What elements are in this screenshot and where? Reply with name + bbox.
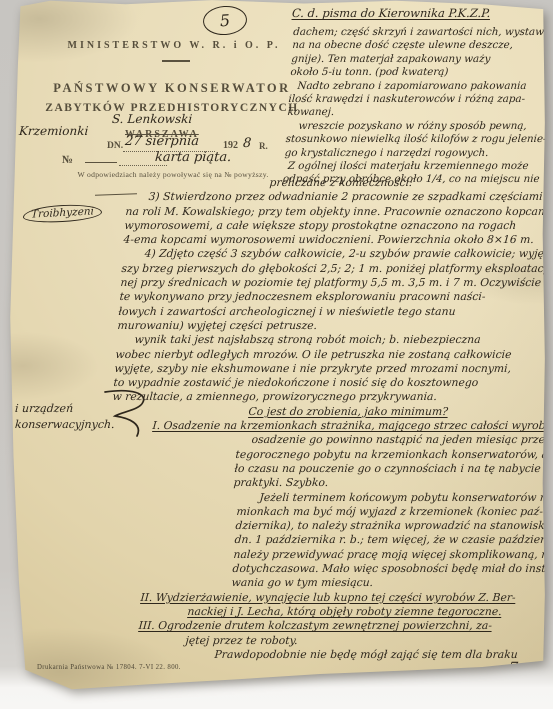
handwritten-line: wynik taki jest najsłabszą stroną robót … (134, 333, 553, 347)
handwritten-line: osadzenie go powinno nastąpić na jeden m… (251, 433, 553, 447)
handwritten-line: Jeżeli terminem końcowym pobytu konserwa… (259, 491, 550, 505)
handwritten-line: to wypadnie zostawić je niedokończone i … (113, 376, 553, 390)
handwritten-line: I. Osadzenie na krzemionkach strażnika, … (152, 419, 553, 433)
handwritten-line: gnije). Ten materjał zapakowany waży (291, 53, 553, 66)
archival-page-stamp: 5 (202, 5, 248, 37)
handwritten-line: należy przewidywać pracę moją więcej sko… (233, 548, 546, 562)
handwritten-line: Nadto zebrano i zapomiarowano pakowania (297, 80, 552, 93)
handwritten-line: szy brzeg pierwszych do głębokości 2,5; … (121, 262, 553, 276)
handwritten-line: tegorocznego pobytu na krzemionkach kons… (235, 448, 553, 462)
margin-note2-line2: konserwacyjnych. (15, 418, 116, 431)
handwritten-line: ło czasu na pouczenie go o czynnościach … (234, 462, 552, 476)
handwritten-date: 27 sierpnia (124, 134, 199, 149)
handwritten-number-note: karta piąta. (154, 150, 231, 165)
handwritten-line: dotychczasowa. Mało więc sposobności będ… (232, 562, 545, 576)
stamp-number: 5 (219, 11, 230, 31)
handwritten-signature: S. Lenkowski (112, 112, 193, 126)
ministry-name: MINISTERSTWO W. R. i O. P. (59, 40, 289, 51)
handwritten-line: wreszcie pozyskano w różny sposób pewną, (298, 120, 549, 133)
handwritten-line: nej przy średnicach w poziomie tej platf… (120, 276, 553, 290)
handwritten-line: około 5-iu tonn. (pod kwaterą) (290, 66, 553, 79)
scanned-document-page: { "scan": { "stamp_number": "5", "page_n… (0, 0, 553, 709)
handwritten-line: 4) Zdjęto część 3 szybów całkowicie, 2-u… (144, 247, 553, 261)
date-label: DN. (107, 141, 123, 151)
handwritten-line: wania go w tym miesiącu. (231, 576, 544, 590)
body-text-block: preliczane z konieczności:3) Stwierdzono… (86, 176, 553, 662)
handwritten-line: 4-ema kopcami wymorosowemi uwidocznieni.… (123, 233, 553, 247)
handwritten-line: w rezultacie, a zmiennego, prowizoryczne… (112, 390, 553, 404)
margin-note-circled: Troibhyzeni (23, 203, 102, 224)
handwritten-line: kowanej. (287, 106, 550, 119)
number-dash (85, 162, 117, 163)
year-suffix: R. (259, 141, 268, 151)
document-paper-sheet: 5 MINISTERSTWO W. R. i O. P. PAŃSTWOWY K… (7, 0, 547, 692)
handwritten-line: te wykonywano przy jednoczesnem eksploro… (119, 290, 553, 304)
continuation-title: C. d. pisma do Kierownika P.K.Z.P. (292, 6, 491, 20)
printer-imprint: Drukarnia Państwowa № 17804. 7-VI 22. 80… (37, 664, 181, 671)
handwritten-line: na na obecne dość częste ulewne deszcze, (292, 39, 553, 52)
handwritten-line: łowych i zawartości archeologicznej i w … (118, 305, 553, 319)
handwritten-line: Z ogólnej ilości materjału krzemiennego … (287, 160, 546, 173)
margin-note2-line1: i urządzeń (15, 402, 74, 415)
handwritten-line: mionkach ma być mój wyjazd z krzemionek … (236, 505, 549, 519)
handwritten-line: dachem; część skrzyń i zawartości nich, … (293, 26, 553, 39)
handwritten-line: dziernika), to należy strażnika wprowadz… (235, 519, 548, 533)
handwritten-line: murowaniu) wyjętej części petrusze. (117, 319, 553, 333)
handwritten-line: Co jest do zrobienia, jako minimum? (248, 405, 553, 419)
handwritten-place: Krzemionki (19, 124, 89, 138)
letterhead-divider (162, 60, 190, 62)
handwritten-line: dn. 1 października r. b.; tem więcej, że… (234, 533, 547, 547)
handwritten-line: wyjęte, szyby nie ekshumowane i nie przy… (114, 362, 553, 376)
organization-line1: PAŃSTWOWY KONSERWATOR (47, 81, 297, 96)
handwritten-line: III. Ogrodzenie drutem kolczastym zewnęt… (138, 619, 541, 633)
handwritten-year-digit: 8 (242, 136, 251, 151)
handwritten-line: jętej przez te roboty. (185, 634, 540, 648)
handwritten-line: Prawdopodobnie nie będę mógł zająć się t… (214, 648, 539, 662)
handwritten-line: II. Wydzierżawienie, wynajęcie lub kupno… (140, 591, 543, 605)
handwritten-line: preliczane z konieczności: (269, 176, 553, 190)
handwritten-line: na roli M. Kowalskiego; przy tem objekty… (125, 205, 553, 219)
handwritten-line: wobec nierbyt odległych mrozów. O ile pe… (115, 348, 553, 362)
page-number: 7. (508, 660, 522, 676)
handwritten-line: wymorosowemi, a całe większe stopy prost… (124, 219, 553, 233)
continuation-text-block: dachem; część skrzyń i zawartości nich, … (282, 26, 553, 187)
handwritten-line: stosunkowo niewielką ilość kilofów z rog… (285, 133, 548, 146)
number-label: № (62, 154, 73, 166)
handwritten-line: praktyki. Szybko. (233, 476, 551, 490)
handwritten-line: 3) Stwierdzono przez odwadnianie 2 praco… (148, 190, 553, 204)
number-dotted-line (119, 165, 167, 166)
paper-background: 5 MINISTERSTWO W. R. i O. P. PAŃSTWOWY K… (7, 0, 547, 692)
handwritten-line: ilość krawędzi i naskuterowców i różną z… (288, 93, 551, 106)
handwritten-line: go krystalicznego i narzędzi rogowych. (284, 147, 547, 160)
handwritten-line: nackiej i J. Lecha, którą objęły roboty … (187, 605, 542, 619)
